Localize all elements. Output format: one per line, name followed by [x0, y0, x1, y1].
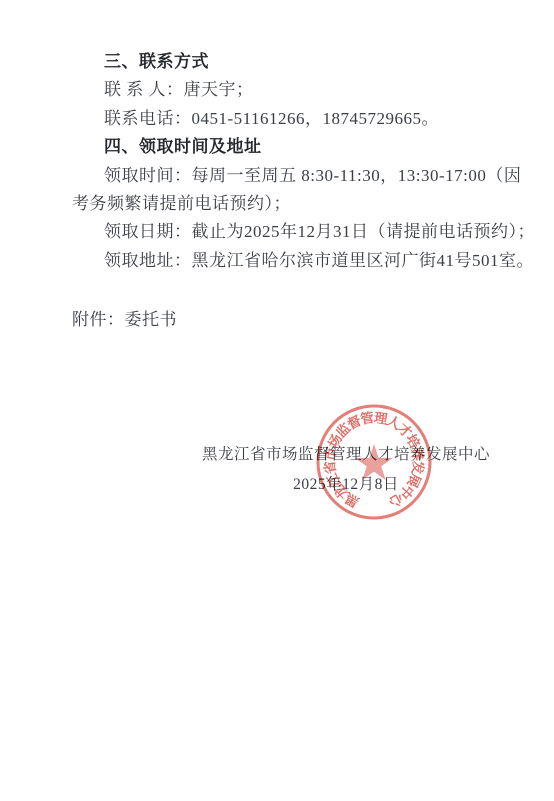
pickup-deadline-line: 领取日期：截止为2025年12月31日（请提前电话预约）； — [72, 218, 504, 246]
section-heading-contact: 三、联系方式 — [72, 48, 504, 76]
signature-block: 黑龙江省市场监督管理人才培养发展中心 2025年12月8日 — [202, 444, 490, 494]
pickup-time-line-1: 领取时间：每周一至周五 8:30-11:30，13:30-17:00（因 — [72, 162, 504, 190]
signature-org-name: 黑龙江省市场监督管理人才培养发展中心 — [202, 444, 490, 465]
seal-arc-char: 理 — [373, 410, 389, 427]
pickup-time-line-2: 考务频繁请提前电话预约）； — [72, 190, 504, 218]
seal-arc-char: 才 — [395, 420, 416, 441]
signature-date: 2025年12月8日 — [202, 476, 490, 494]
seal-arc-char: 监 — [333, 419, 354, 440]
attachment-line: 附件：委托书 — [72, 306, 177, 334]
seal-arc-char: 督 — [345, 412, 365, 433]
section-heading-pickup: 四、领取时间及地址 — [72, 133, 504, 161]
seal-arc-char: 人 — [384, 413, 403, 433]
document-page: 三、联系方式 联 系 人：唐天宇； 联系电话：0451-51161266，187… — [0, 0, 554, 801]
contact-phone-line: 联系电话：0451-51161266，18745729665。 — [72, 105, 504, 133]
seal-arc-char: 管 — [359, 409, 375, 427]
document-body: 三、联系方式 联 系 人：唐天宇； 联系电话：0451-51161266，187… — [72, 48, 504, 275]
pickup-address-line: 领取地址：黑龙江省哈尔滨市道里区河广街41号501室。 — [72, 247, 504, 275]
contact-person-line: 联 系 人：唐天宇； — [72, 76, 504, 104]
